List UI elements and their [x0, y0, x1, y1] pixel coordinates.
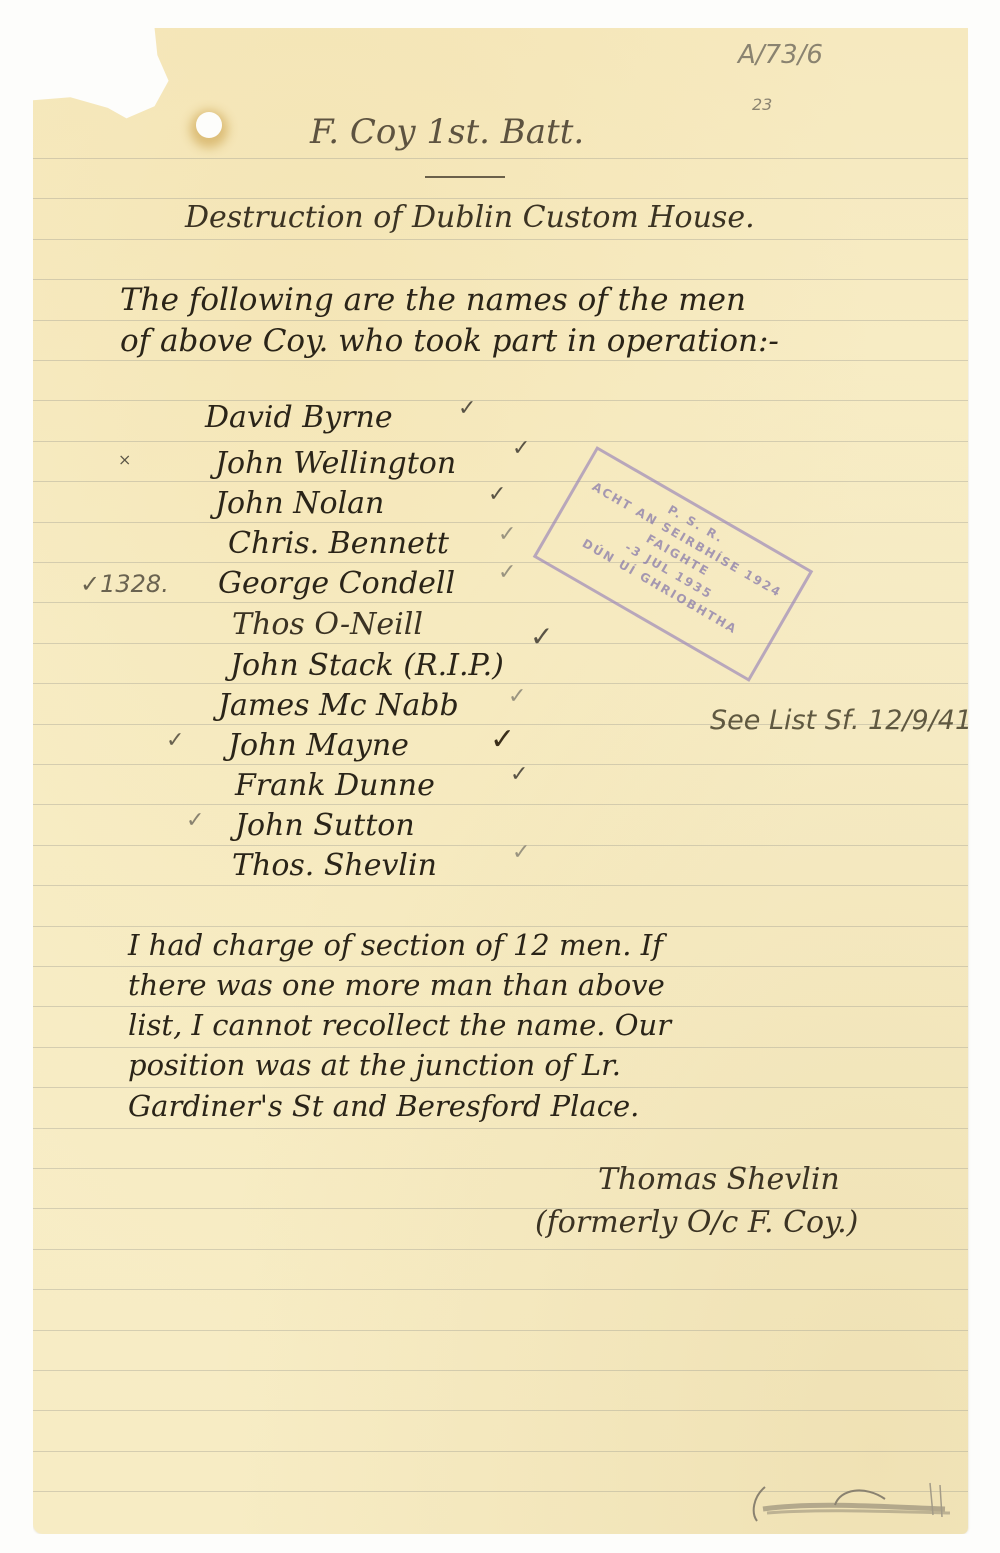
- ruled-line: [33, 441, 968, 442]
- ruled-line: [33, 1249, 968, 1250]
- ruled-line: [33, 1128, 968, 1129]
- ruled-line: [33, 320, 968, 321]
- check-mark-icon: ✓: [498, 560, 516, 585]
- margin-check-icon: ✓: [166, 728, 184, 753]
- ruled-line: [33, 198, 968, 199]
- ruled-line: [33, 926, 968, 927]
- body-line: I had charge of section of 12 men. If: [128, 928, 663, 962]
- list-item: David Byrne: [205, 400, 393, 435]
- intro-line: of above Coy. who took part in operation…: [120, 323, 779, 359]
- ruled-line: [33, 1006, 968, 1007]
- list-item: James Mc Nabb: [218, 688, 459, 723]
- ruled-line: [33, 683, 968, 684]
- check-mark-icon: ✓: [510, 762, 528, 787]
- list-item: John Wellington: [215, 446, 456, 481]
- check-mark-icon: ✓: [512, 840, 530, 865]
- list-item: Thos. Shevlin: [232, 848, 437, 883]
- signature-title: (formerly O/c F. Coy.): [535, 1205, 858, 1240]
- check-mark-icon: ✓: [458, 396, 476, 421]
- ruled-line: [33, 1087, 968, 1088]
- check-mark-icon: ✓: [530, 620, 553, 653]
- ruled-line: [33, 1370, 968, 1371]
- check-mark-icon: ✓: [498, 522, 516, 547]
- intro-line: The following are the names of the men: [120, 282, 746, 318]
- list-item: John Mayne: [228, 728, 409, 763]
- pencil-scribble-icon: [745, 1475, 955, 1525]
- check-mark-icon: ✓: [488, 482, 506, 507]
- ruled-line: [33, 400, 968, 401]
- signature: Thomas Shevlin: [598, 1162, 840, 1197]
- ruled-line: [33, 804, 968, 805]
- check-mark-icon: ✓: [512, 436, 530, 461]
- body-line: position was at the junction of Lr.: [128, 1048, 621, 1082]
- margin-check-icon: ✓: [186, 808, 204, 833]
- ruled-line: [33, 1289, 968, 1290]
- list-item: John Stack (R.I.P.): [230, 648, 504, 683]
- ruled-line: [33, 764, 968, 765]
- ruled-line: [33, 643, 968, 644]
- body-line: list, I cannot recollect the name. Our: [128, 1008, 671, 1042]
- subject-title: Destruction of Dublin Custom House.: [185, 200, 755, 235]
- punch-hole: [196, 112, 222, 138]
- ruled-line: [33, 279, 968, 280]
- ruled-line: [33, 966, 968, 967]
- list-item: John Sutton: [235, 808, 415, 843]
- paper-sheet: [33, 28, 968, 1534]
- ruled-line: [33, 158, 968, 159]
- margin-x-mark-icon: ×: [118, 450, 131, 469]
- ruled-line: [33, 885, 968, 886]
- ruled-line: [33, 360, 968, 361]
- list-item: Frank Dunne: [235, 768, 435, 803]
- body-line: Gardiner's St and Beresford Place.: [128, 1089, 639, 1123]
- ruled-line: [33, 1451, 968, 1452]
- list-item: George Condell: [218, 566, 455, 601]
- page-number: 23: [752, 95, 772, 114]
- heading-divider: [425, 176, 505, 178]
- see-list-annotation: See List Sf. 12/9/41: [710, 705, 972, 736]
- ruled-line: [33, 1330, 968, 1331]
- ruled-line: [33, 845, 968, 846]
- ruled-line: [33, 602, 968, 603]
- margin-note-1328: ✓1328.: [80, 570, 169, 598]
- ink-blot-check-icon: ✓: [490, 722, 515, 757]
- list-item: Chris. Bennett: [228, 526, 449, 561]
- body-line: there was one more man than above: [128, 968, 665, 1002]
- ruled-line: [33, 239, 968, 240]
- archive-reference: A/73/6: [738, 40, 823, 70]
- heading: F. Coy 1st. Batt.: [310, 112, 584, 152]
- check-mark-icon: ✓: [508, 684, 526, 709]
- list-item: Thos O-Neill: [232, 607, 423, 642]
- list-item: John Nolan: [215, 486, 384, 521]
- ruled-line: [33, 1410, 968, 1411]
